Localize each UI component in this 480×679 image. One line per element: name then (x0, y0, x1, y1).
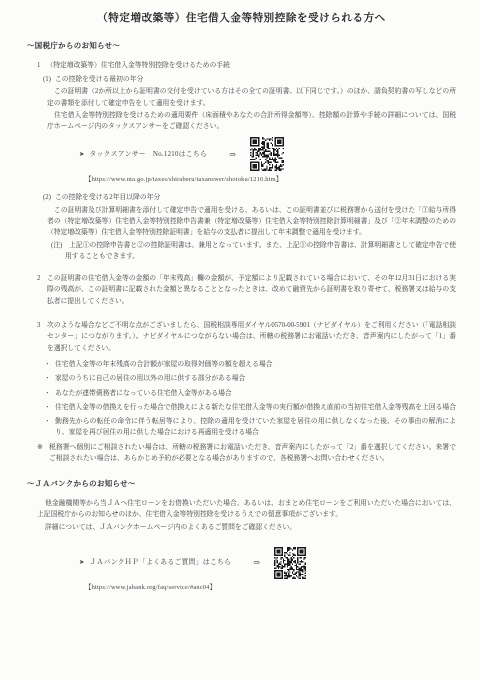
item1-sub2-title: この控除を受ける2年目以降の年分 (55, 194, 160, 201)
bullet-text: あなたが連帯債務者になっている住宅借入金等がある場合 (55, 390, 232, 397)
bullet-text: 家屋のうちに自己の居住の用以外の用に供する部分がある場合 (55, 375, 245, 382)
ja-faq-url: 【https://www.jabank.org/faq/service/#anc… (85, 582, 456, 593)
tax-answer-qr-code-icon (250, 137, 284, 171)
page-title: （特定増改築等）住宅借入金等特別控除を受けられる方へ (27, 13, 456, 25)
bullet-icon: ・ (44, 416, 55, 427)
bullet-icon: ・ (44, 388, 55, 399)
item1-sub2-para1: この証明書及び計算明細書を添付して確定申告で適用を受ける、あるいは、この証明書並… (47, 205, 456, 239)
list-item: ・住宅借入金等の年末残高の合計額が家屋の取得対価等の額を超える場合 (44, 359, 456, 370)
document-page: （特定増改築等）住宅借入金等特別控除を受けられる方へ ～国税庁からのお知らせ～ … (0, 0, 480, 679)
ja-para2: 詳細については、ＪＡバンクホームページ内のよくあるご質問をご確認ください。 (37, 522, 456, 533)
tax-office-consult-note: ※税務署へ個別にご相談されたい場合は、所轄の税務署にお電話いただき、音声案内にし… (37, 442, 456, 465)
tax-answer-url: 【https://www.nta.go.jp/taxes/shiraberu/t… (85, 174, 456, 185)
kome-text: 税務署へ個別にご相談されたい場合は、所轄の税務署にお電話いただき、音声案内にした… (49, 444, 456, 462)
item3-paragraph: 3次のような場合などご不明な点がございましたら、国税相談専用ダイヤル0570-0… (37, 320, 456, 354)
list-item: ・家屋のうちに自己の居住の用以外の用に供する部分がある場合 (44, 373, 456, 384)
item1-sub1-para2: 住宅借入金等特別控除を受けるための適用要件（床面積やあなたの合計所得金額等）、控… (47, 110, 456, 133)
bullet-text: 住宅借入金等の借換えを行った場合で借換えによる新たな住宅借入金等の実行額が借換え… (55, 404, 456, 411)
bullet-text: 勤務先からの転任の命令に伴う転居等により、控除の適用を受けていた家屋を居住の用に… (55, 418, 456, 436)
item2-text: この証明書の住宅借入金等の金額の「年末残高」欄の金額が、予定額により記載されてい… (47, 275, 456, 305)
pointer-icon: ➤ (79, 557, 84, 568)
item1-sub1-heading: (1)この控除を受ける最初の年分 (43, 74, 456, 85)
item1-sub1-number: (1) (43, 76, 51, 83)
pointer-icon: ➤ (79, 149, 84, 160)
tax-answer-link-label: タックスアンサー No.1210はこちら (89, 149, 207, 160)
kome-icon: ※ (37, 442, 49, 453)
ja-para1: 他金融機関等から当ＪＡへ住宅ローンをお借換いただいた場合、あるいは、おまとめ住宅… (37, 498, 456, 521)
list-item: ・勤務先からの転任の命令に伴う転居等により、控除の適用を受けていた家屋を居住の用… (44, 416, 456, 439)
item1-sub2-number: (2) (43, 194, 51, 201)
ja-section-heading: ～ＪＡバンクからのお知らせ～ (27, 478, 456, 489)
list-item: ・あなたが連帯債務者になっている住宅借入金等がある場合 (44, 388, 456, 399)
item1-sub2-heading: (2)この控除を受ける2年目以降の年分 (43, 192, 456, 203)
item1-sub2-note: (注) 上記①の控除申告書と②の控除証明書は、兼用となっています。また、上記①の… (51, 240, 456, 263)
arrow-icon: ⇒ (253, 557, 260, 568)
item3-text: 次のような場合などご不明な点がございましたら、国税相談専用ダイヤル0570-00… (47, 322, 456, 352)
ja-faq-qr-code-icon (274, 547, 306, 579)
item3-number: 3 (37, 320, 47, 331)
item2-number: 2 (37, 273, 47, 284)
ja-faq-link-label: ＪＡバンクＨＰ「よくあるご質問」はこちら (89, 557, 231, 568)
item1-title: （特定増改築等）住宅借入金等特別控除を受けるための手続 (46, 62, 230, 69)
item1-number: 1 (37, 62, 40, 69)
ja-faq-link-row: ➤ ＪＡバンクＨＰ「よくあるご質問」はこちら ⇒ (79, 544, 456, 581)
arrow-icon: ⇒ (229, 149, 236, 160)
item1-sub1-title: この控除を受ける最初の年分 (55, 76, 143, 83)
item1-heading: 1（特定増改築等）住宅借入金等特別控除を受けるための手続 (37, 60, 456, 71)
bullet-icon: ・ (44, 402, 55, 413)
bullet-icon: ・ (44, 359, 55, 370)
bullet-text: 住宅借入金等の年末残高の合計額が家屋の取得対価等の額を超える場合 (55, 361, 273, 368)
item1-sub1-para1: この証明書（2か所以上から証明書の交付を受けている方はその全ての証明書。以下同じ… (47, 86, 456, 109)
nta-section-heading: ～国税庁からのお知らせ～ (27, 40, 456, 51)
list-item: ・住宅借入金等の借換えを行った場合で借換えによる新たな住宅借入金等の実行額が借換… (44, 402, 456, 413)
item2-paragraph: 2この証明書の住宅借入金等の金額の「年末残高」欄の金額が、予定額により記載されて… (37, 273, 456, 307)
item3-bullet-list: ・住宅借入金等の年末残高の合計額が家屋の取得対価等の額を超える場合 ・家屋のうち… (44, 359, 456, 439)
bullet-icon: ・ (44, 373, 55, 384)
tax-answer-link-row: ➤ タックスアンサー No.1210はこちら ⇒ (79, 136, 456, 173)
